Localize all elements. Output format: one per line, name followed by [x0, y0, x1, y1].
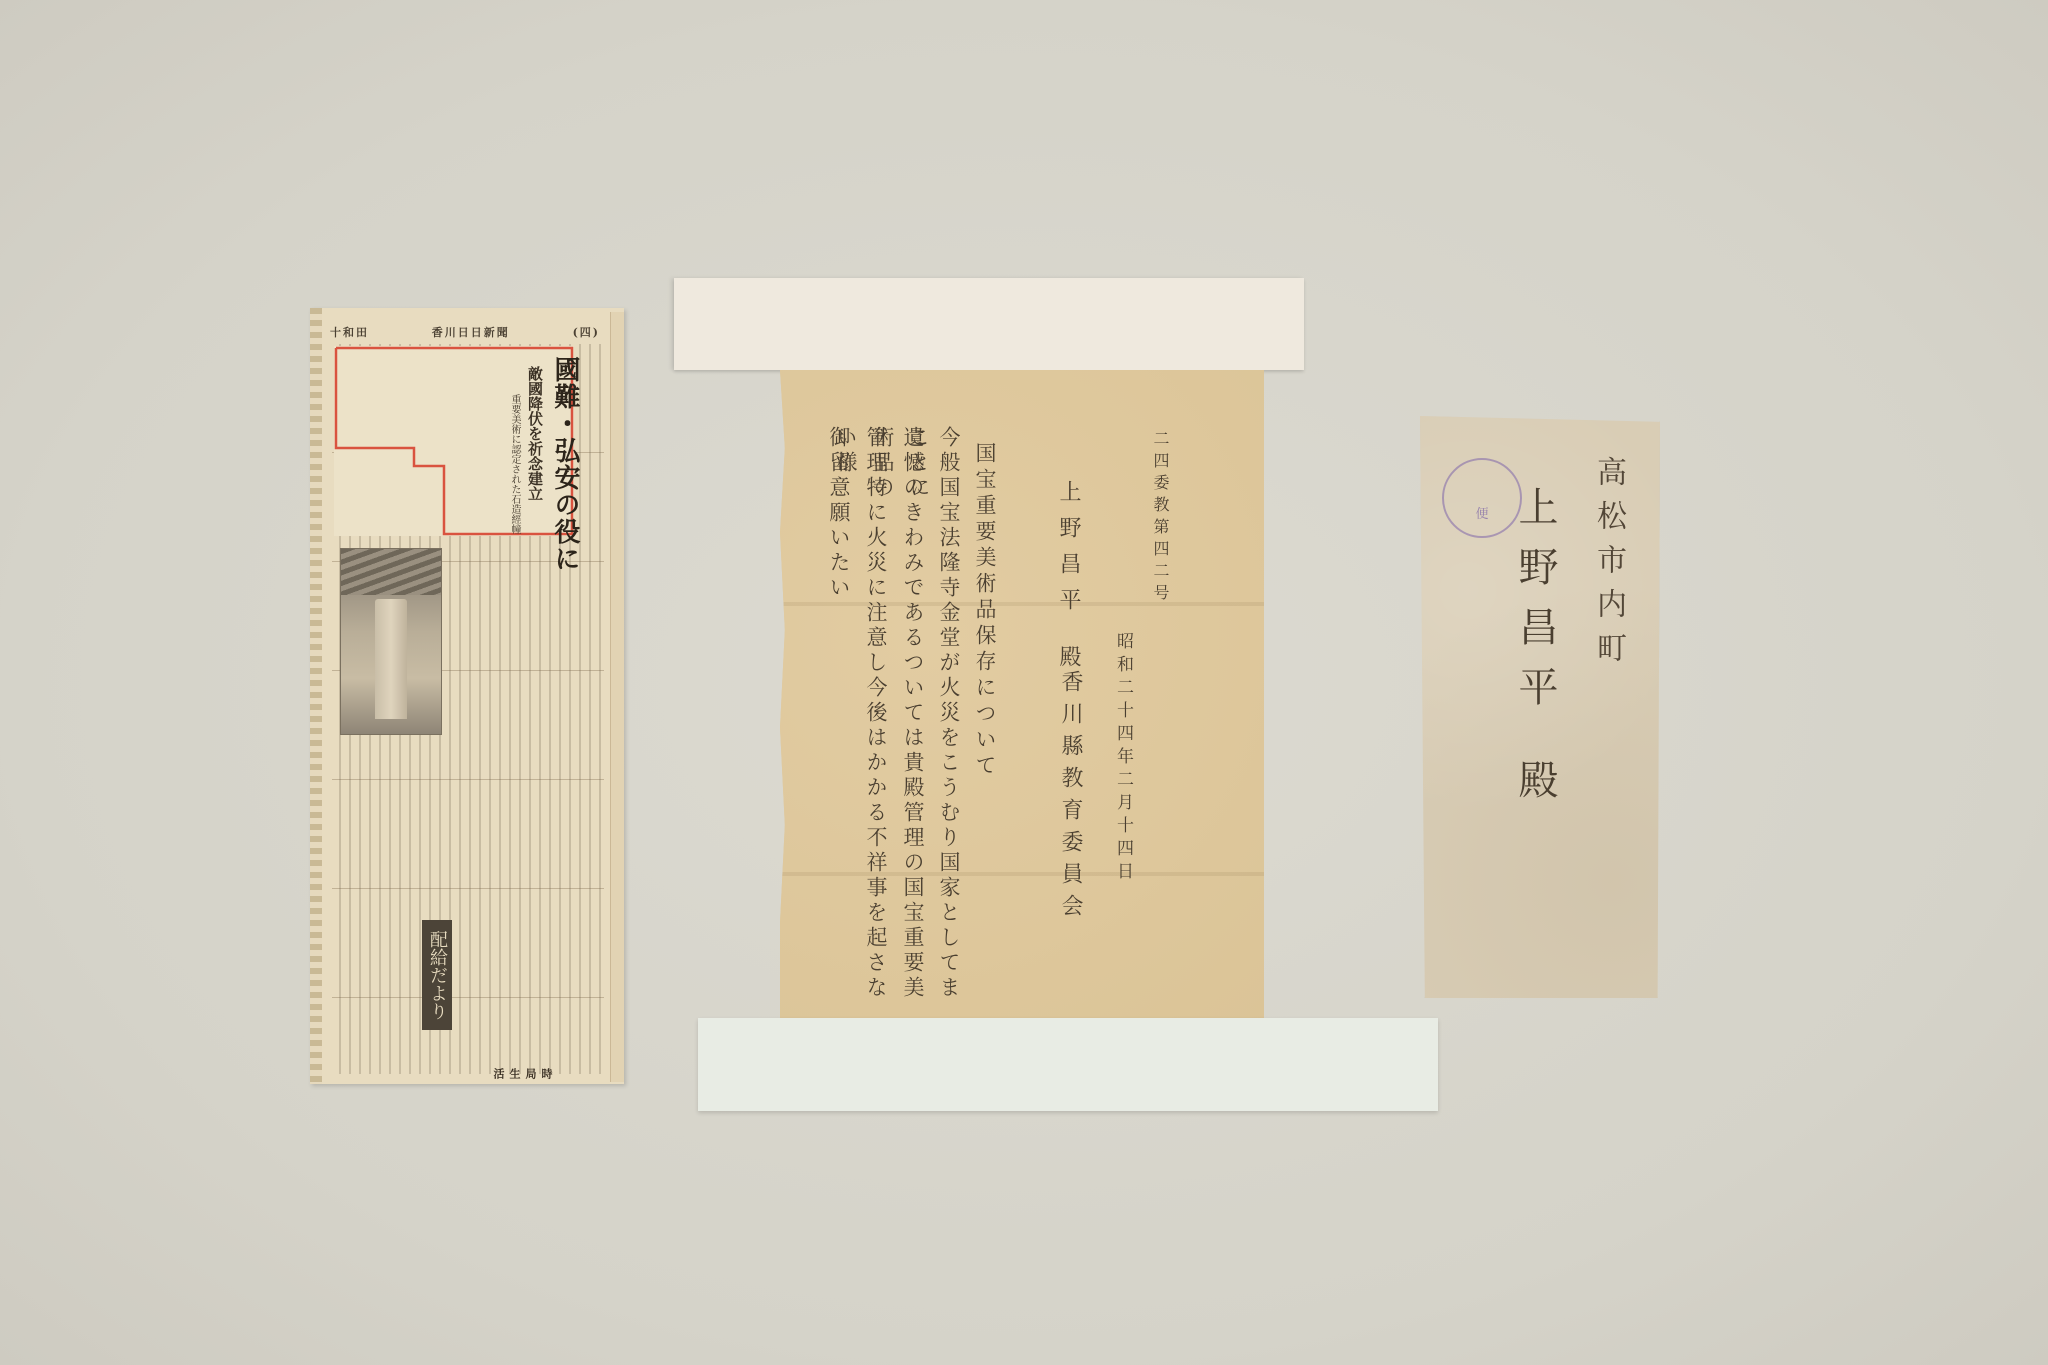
postmark-text: 便: [1475, 503, 1488, 522]
torn-edge: [310, 308, 322, 1084]
letter-addressee: 上野昌平 殿: [1053, 480, 1084, 681]
letter-date: 昭和二十四年二月十四日: [1111, 632, 1136, 885]
handwritten-letter: 二四委教第四二号 上野昌平 殿 昭和二十四年二月十四日 香川縣教育委員会 国宝重…: [780, 370, 1264, 1020]
photo-roof: [341, 549, 441, 595]
newspaper-masthead: 十和田 香川日日新聞 (四): [330, 324, 600, 340]
masthead-title: 香川日日新聞: [432, 324, 510, 340]
article-subheadline: 敵國降伏を祈念建立: [525, 366, 546, 501]
bottom-mount-board: [698, 1018, 1438, 1111]
envelope-address: 高松市内町: [1586, 456, 1630, 676]
envelope-recipient: 上野昌平 殿: [1507, 486, 1564, 819]
footer-heading: 時局生活: [490, 1068, 554, 1084]
photo-pillar: [375, 599, 407, 719]
envelope: 便 高松市内町 上野昌平 殿: [1420, 416, 1660, 998]
masthead-left: 十和田: [330, 324, 369, 340]
stone-pillar-photo: [340, 548, 442, 735]
letter-body-line: 御留意願いたい: [824, 426, 854, 601]
letter-subject: 国宝重要美術品保存について: [970, 442, 1000, 780]
article-headline: 國難・弘安の役に: [547, 356, 584, 572]
letter-reference-number: 二四委教第四二号: [1149, 430, 1172, 606]
top-mount-board: [674, 278, 1304, 370]
masthead-page: (四): [573, 324, 600, 340]
letter-sender: 香川縣教育委員会: [1055, 670, 1086, 926]
newspaper-clipping: 十和田 香川日日新聞 (四) 國難・弘安の役に 敵國降伏を祈念建立 重要美術に認…: [310, 308, 624, 1084]
ration-news-box: 配給だより: [422, 920, 452, 1030]
article-caption: 重要美術に認定された石造經幢: [507, 394, 522, 534]
folded-back-layer: [610, 312, 624, 1082]
